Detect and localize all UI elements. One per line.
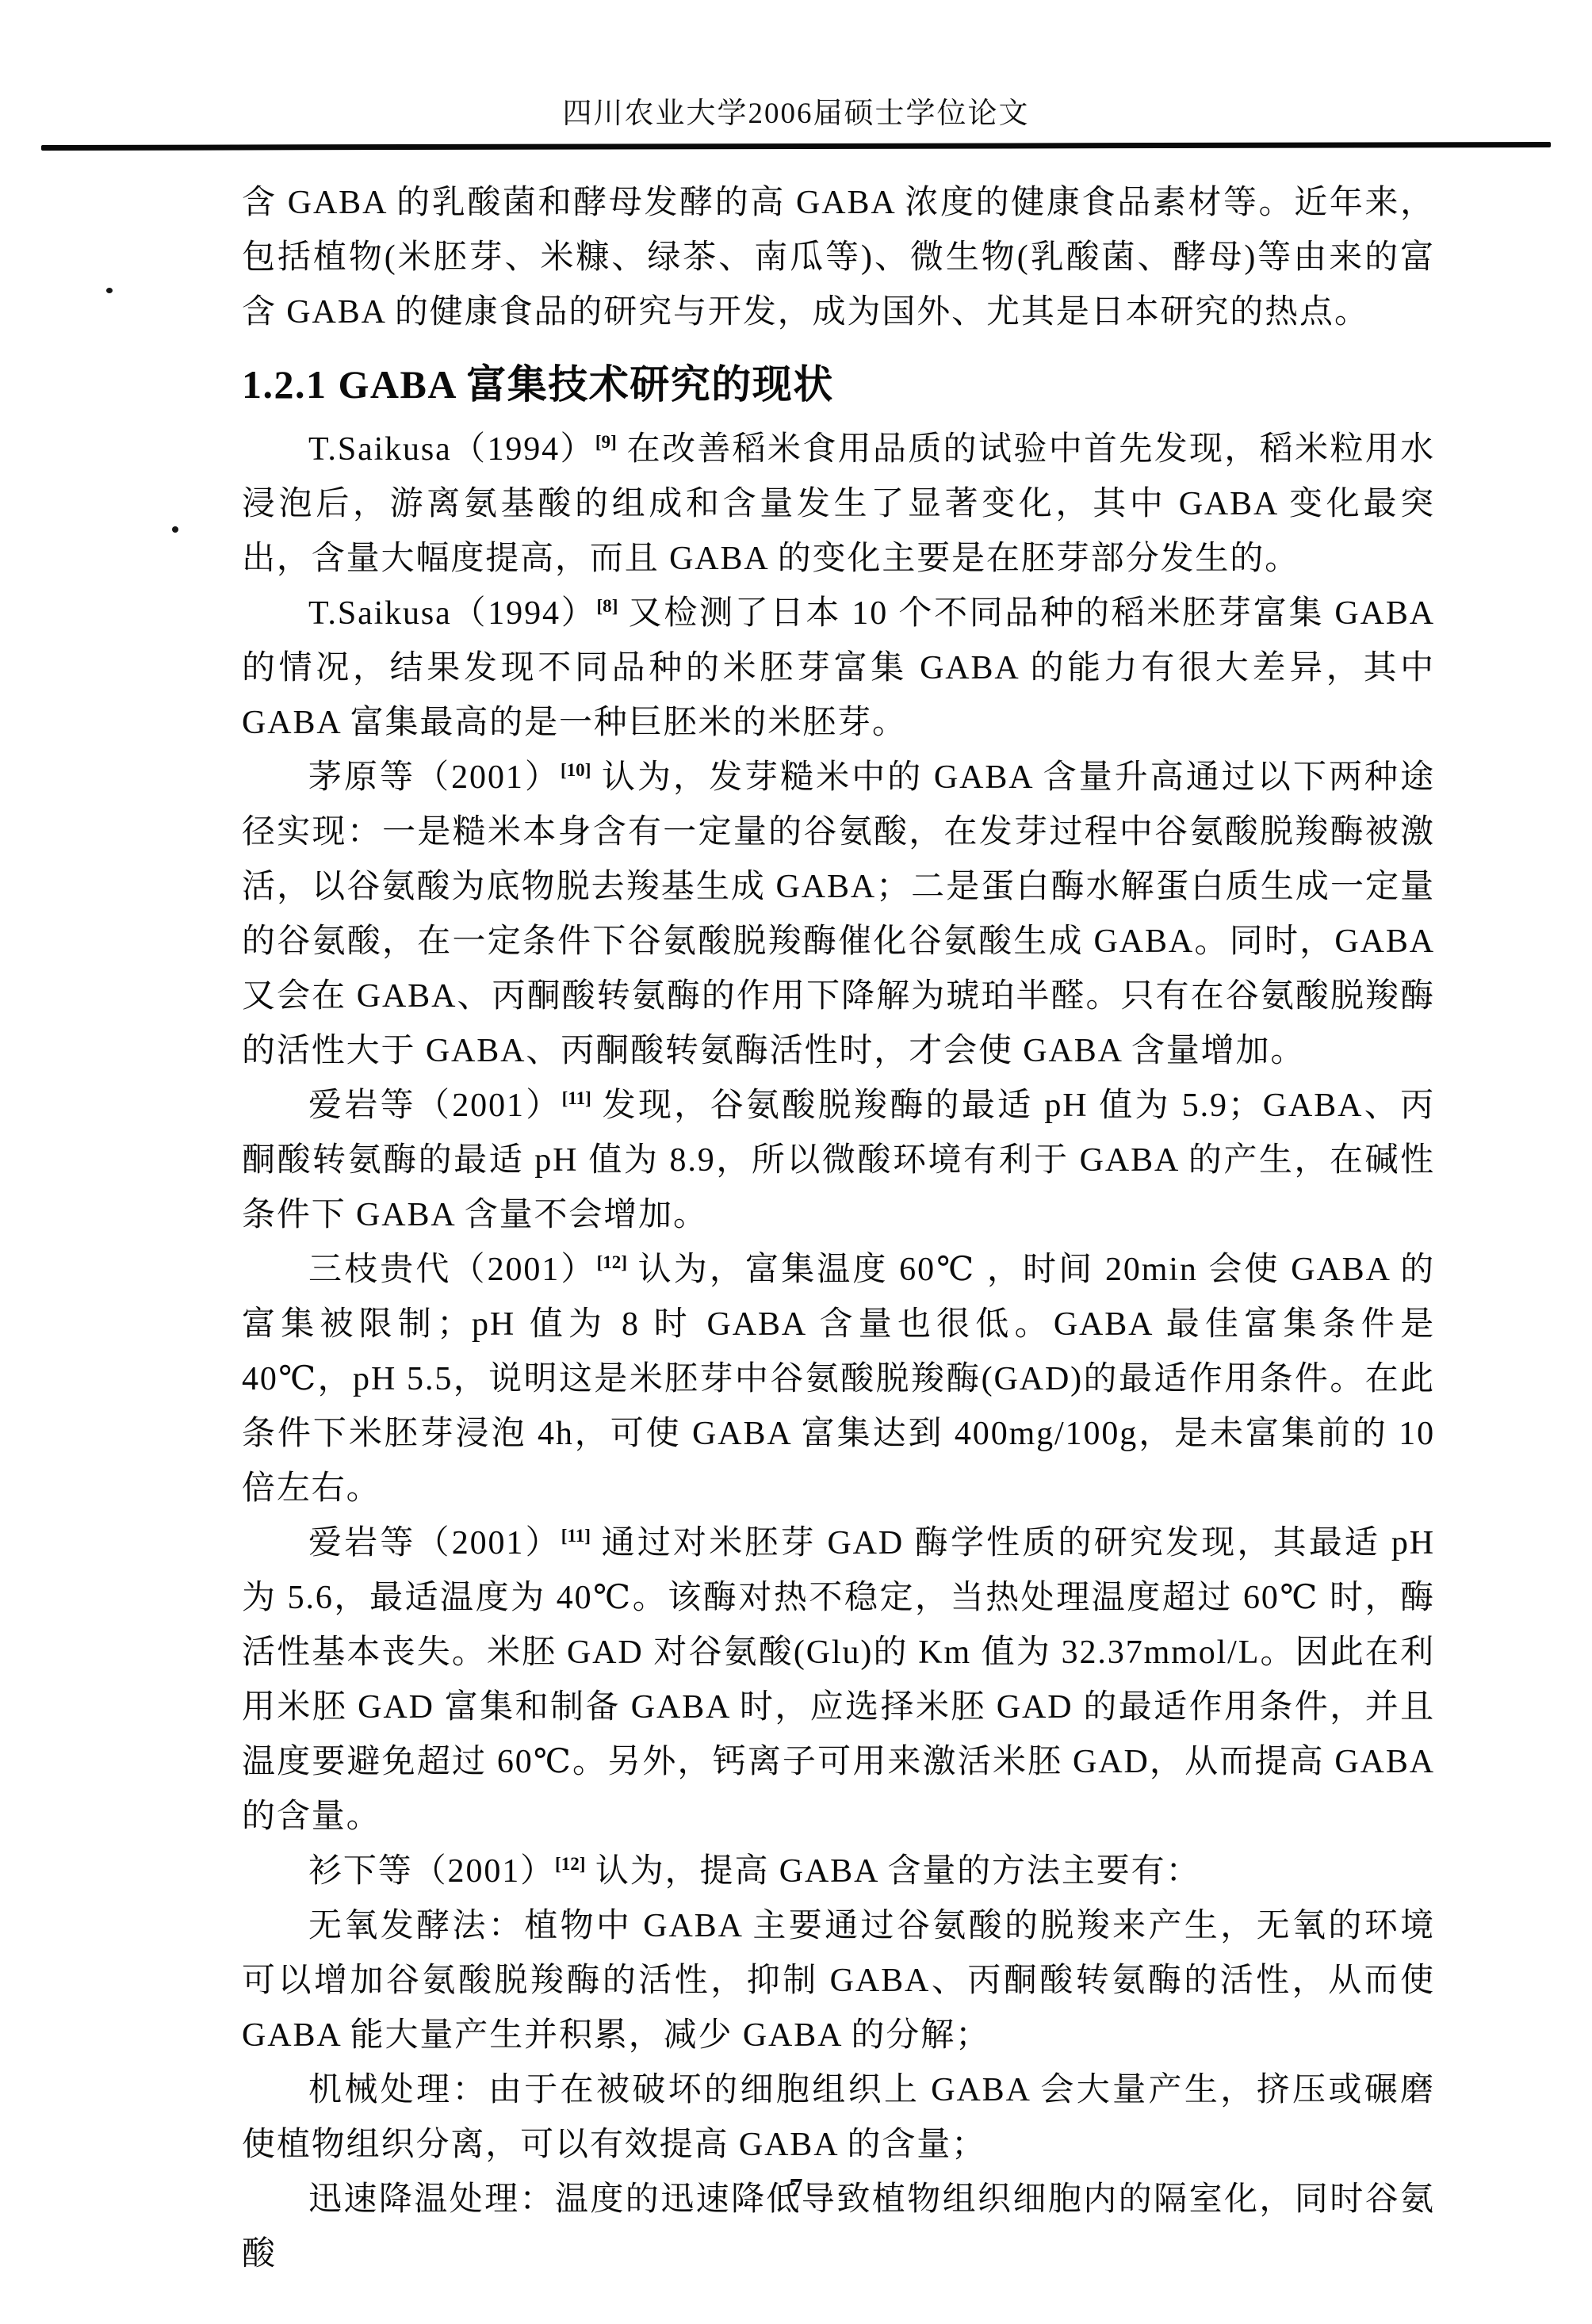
paragraph-lead: 爱岩等（2001） bbox=[308, 1087, 562, 1124]
paragraph-text: 认为，提高 GABA 含量的方法主要有： bbox=[586, 1853, 1201, 1890]
paragraph-lead: 三枝贵代（2001） bbox=[308, 1252, 597, 1288]
paragraph-lead: T.Saikusa（1994） bbox=[308, 431, 595, 468]
reference-superscript: [10] bbox=[561, 759, 591, 780]
paragraph: 茅原等（2001）[10] 认为，发芽糙米中的 GABA 含量升高通过以下两种途… bbox=[242, 751, 1435, 1079]
reference-superscript: [11] bbox=[561, 1525, 591, 1546]
paragraph: T.Saikusa（1994）[9] 在改善稻米食用品质的试验中首先发现，稻米粒… bbox=[242, 422, 1435, 587]
header-rule bbox=[41, 142, 1551, 151]
paragraph-text: 含 GABA 的乳酸菌和酵母发酵的高 GABA 浓度的健康食品素材等。近年来，包… bbox=[242, 185, 1435, 331]
reference-superscript: [8] bbox=[596, 595, 618, 616]
paragraph-text: 通过对米胚芽 GAD 酶学性质的研究发现，其最适 pH 为 5.6，最适温度为 … bbox=[242, 1525, 1435, 1835]
thesis-page: 四川农业大学2006届硕士学位论文 含 GABA 的乳酸菌和酵母发酵的高 GAB… bbox=[0, 0, 1592, 2324]
paragraph: 无氧发酵法：植物中 GABA 主要通过谷氨酸的脱羧来产生，无氧的环境可以增加谷氨… bbox=[242, 1899, 1435, 2063]
paragraph: 衫下等（2001）[12] 认为，提高 GABA 含量的方法主要有： bbox=[242, 1844, 1435, 1899]
paragraph-lead: T.Saikusa（1994） bbox=[308, 595, 596, 632]
paragraph-text: 机械处理：由于在被破坏的细胞组织上 GABA 会大量产生，挤压或碾磨使植物组织分… bbox=[242, 2072, 1435, 2163]
reference-superscript: [11] bbox=[562, 1087, 591, 1108]
section-heading: 1.2.1 GABA 富集技术研究的现状 bbox=[242, 361, 1435, 407]
scan-speck bbox=[172, 526, 178, 533]
paragraph-text: 认为，富集温度 60℃ ，时间 20min 会使 GABA 的富集被限制；pH … bbox=[242, 1252, 1435, 1507]
running-head-title: 四川农业大学2006届硕士学位论文 bbox=[0, 89, 1592, 132]
paragraph-text: 无氧发酵法：植物中 GABA 主要通过谷氨酸的脱羧来产生，无氧的环境可以增加谷氨… bbox=[242, 1908, 1435, 2054]
reference-superscript: [9] bbox=[595, 431, 617, 452]
reference-superscript: [12] bbox=[555, 1853, 585, 1874]
paragraph-lead: 衫下等（2001） bbox=[308, 1853, 555, 1890]
paragraph: T.Saikusa（1994）[8] 又检测了日本 10 个不同品种的稻米胚芽富… bbox=[242, 587, 1435, 751]
paragraph: 机械处理：由于在被破坏的细胞组织上 GABA 会大量产生，挤压或碾磨使植物组织分… bbox=[242, 2063, 1435, 2173]
paragraph: 爱岩等（2001）[11] 通过对米胚芽 GAD 酶学性质的研究发现，其最适 p… bbox=[242, 1516, 1435, 1844]
paragraph: 爱岩等（2001）[11] 发现，谷氨酸脱羧酶的最适 pH 值为 5.9；GAB… bbox=[242, 1079, 1435, 1243]
page-number: 7 bbox=[0, 2173, 1592, 2204]
reference-superscript: [12] bbox=[597, 1252, 627, 1272]
intro-paragraph: 含 GABA 的乳酸菌和酵母发酵的高 GABA 浓度的健康食品素材等。近年来，包… bbox=[242, 176, 1435, 340]
paragraph-lead: 茅原等（2001） bbox=[308, 759, 561, 796]
paragraph-text: 认为，发芽糙米中的 GABA 含量升高通过以下两种途径实现：一是糙米本身含有一定… bbox=[242, 759, 1435, 1069]
scan-speck bbox=[106, 288, 113, 293]
paragraph: 三枝贵代（2001）[12] 认为，富集温度 60℃ ，时间 20min 会使 … bbox=[242, 1243, 1435, 1516]
paragraph-lead: 爱岩等（2001） bbox=[308, 1525, 561, 1561]
page-body: 含 GABA 的乳酸菌和酵母发酵的高 GABA 浓度的健康食品素材等。近年来，包… bbox=[242, 176, 1435, 2282]
